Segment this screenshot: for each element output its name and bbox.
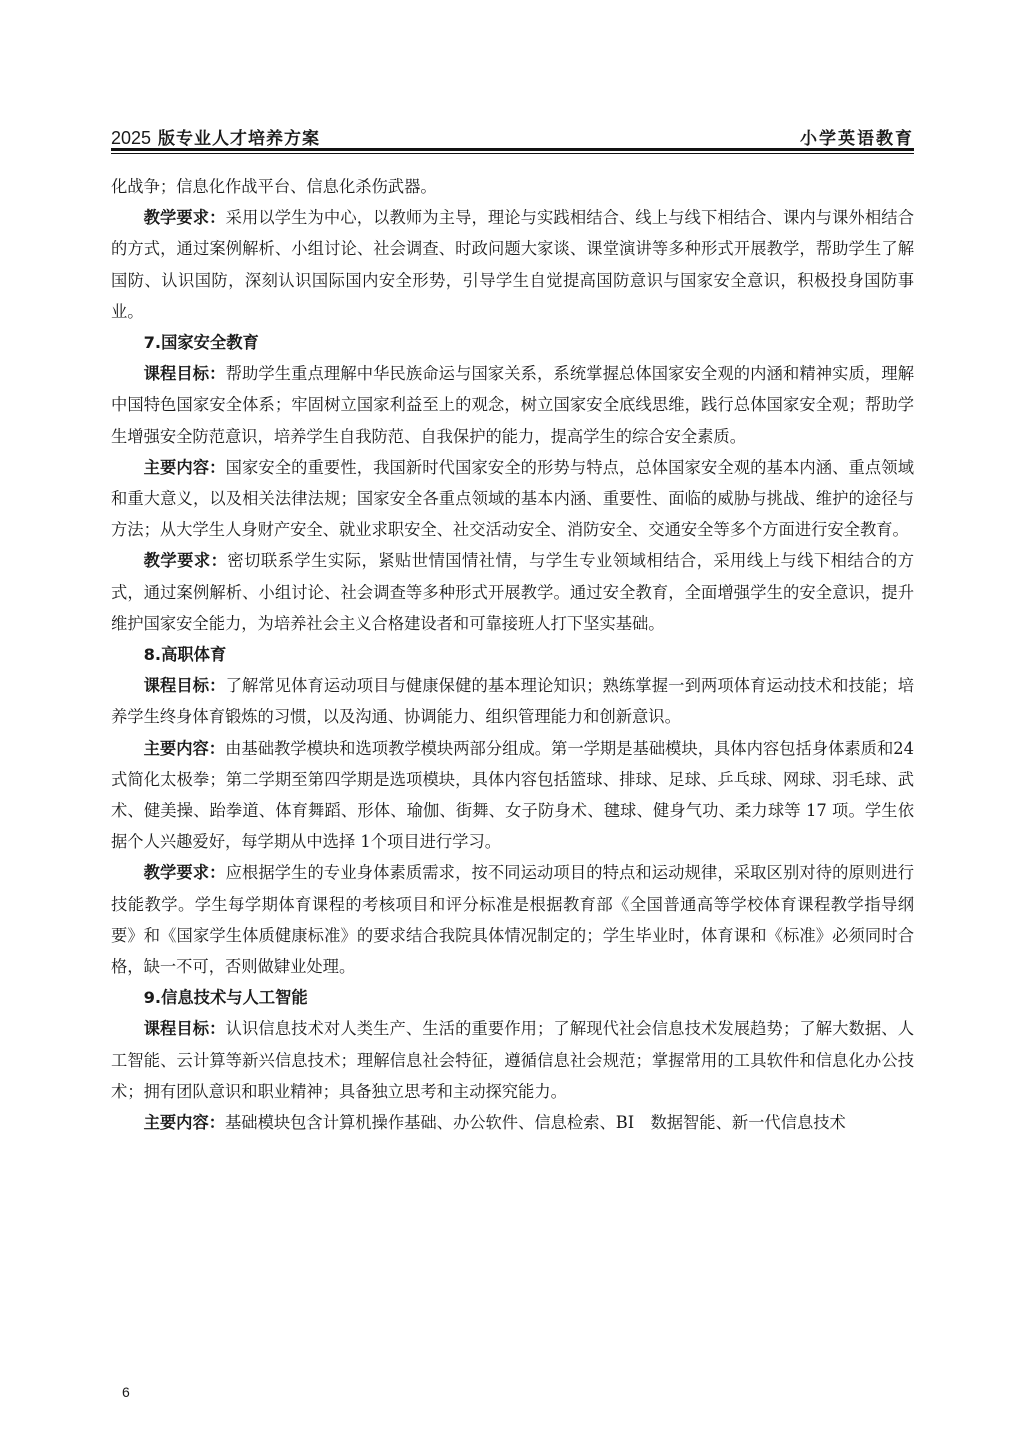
content-label: 主要内容： xyxy=(144,1113,225,1132)
teaching-text: 采用以学生为中心，以教师为主导，理论与实践相结合、线上与线下相结合、课内与课外相… xyxy=(111,208,914,321)
section8-heading: 8.高职体育 xyxy=(111,639,914,670)
teaching-label: 教学要求： xyxy=(144,551,228,570)
header-rule-thick xyxy=(111,148,914,151)
content-label: 主要内容： xyxy=(144,739,226,758)
section7-teaching-paragraph: 教学要求：密切联系学生实际，紧贴世情国情社情，与学生专业领域相结合，采用线上与线… xyxy=(111,545,914,639)
goal-label: 课程目标： xyxy=(144,676,226,695)
content-label: 主要内容： xyxy=(144,458,226,477)
teaching-label: 教学要求： xyxy=(144,863,226,882)
page-number: 6 xyxy=(122,1384,130,1400)
header-rule-thin xyxy=(111,153,914,154)
section7-content-paragraph: 主要内容：国家安全的重要性，我国新时代国家安全的形势与特点，总体国家安全观的基本… xyxy=(111,452,914,546)
section7-goal-paragraph: 课程目标：帮助学生重点理解中华民族命运与国家关系，系统掌握总体国家安全观的内涵和… xyxy=(111,358,914,452)
section8-teaching-paragraph: 教学要求：应根据学生的专业身体素质需求，按不同运动项目的特点和运动规律，采取区别… xyxy=(111,857,914,982)
goal-text: 帮助学生重点理解中华民族命运与国家关系，系统掌握总体国家安全观的内涵和精神实质，… xyxy=(111,364,914,445)
content-text: 基础模块包含计算机操作基础、办公软件、信息检索、BI 数据智能、新一代信息技术 xyxy=(225,1113,846,1132)
goal-label: 课程目标： xyxy=(144,1019,226,1038)
section9-heading: 9.信息技术与人工智能 xyxy=(111,982,914,1013)
goal-label: 课程目标： xyxy=(144,364,226,383)
header-title-text: 版专业人才培养方案 xyxy=(151,129,320,149)
header-program-name: 小学英语教育 xyxy=(800,124,914,149)
header-year: 2025 xyxy=(111,128,151,148)
content-text: 由基础教学模块和选项教学模块两部分组成。第一学期是基础模块，具体内容包括身体素质… xyxy=(111,739,914,852)
goal-text: 了解常见体育运动项目与健康保健的基本理论知识；熟练掌握一到两项体育运动技术和技能… xyxy=(111,676,914,726)
section9-content-paragraph: 主要内容：基础模块包含计算机操作基础、办公软件、信息检索、BI 数据智能、新一代… xyxy=(111,1107,914,1138)
page-header: 2025 版专业人才培养方案 小学英语教育 xyxy=(111,124,914,148)
header-document-title: 2025 版专业人才培养方案 xyxy=(111,124,320,149)
section9-goal-paragraph: 课程目标：认识信息技术对人类生产、生活的重要作用；了解现代社会信息技术发展趋势；… xyxy=(111,1013,914,1107)
section7-heading: 7.国家安全教育 xyxy=(111,327,914,358)
page-body: 化战争；信息化作战平台、信息化杀伤武器。 教学要求：采用以学生为中心，以教师为主… xyxy=(111,171,914,1138)
section6-teaching-paragraph: 教学要求：采用以学生为中心，以教师为主导，理论与实践相结合、线上与线下相结合、课… xyxy=(111,202,914,327)
section8-goal-paragraph: 课程目标：了解常见体育运动项目与健康保健的基本理论知识；熟练掌握一到两项体育运动… xyxy=(111,670,914,732)
content-text: 国家安全的重要性，我国新时代国家安全的形势与特点，总体国家安全观的基本内涵、重点… xyxy=(111,458,914,539)
goal-text: 认识信息技术对人类生产、生活的重要作用；了解现代社会信息技术发展趋势；了解大数据… xyxy=(111,1019,914,1100)
continuation-paragraph: 化战争；信息化作战平台、信息化杀伤武器。 xyxy=(111,171,914,202)
teaching-label: 教学要求： xyxy=(144,208,226,227)
teaching-text: 应根据学生的专业身体素质需求，按不同运动项目的特点和运动规律，采取区别对待的原则… xyxy=(111,863,914,976)
section8-content-paragraph: 主要内容：由基础教学模块和选项教学模块两部分组成。第一学期是基础模块，具体内容包… xyxy=(111,733,914,858)
teaching-text: 密切联系学生实际，紧贴世情国情社情，与学生专业领域相结合，采用线上与线下相结合的… xyxy=(111,551,914,632)
